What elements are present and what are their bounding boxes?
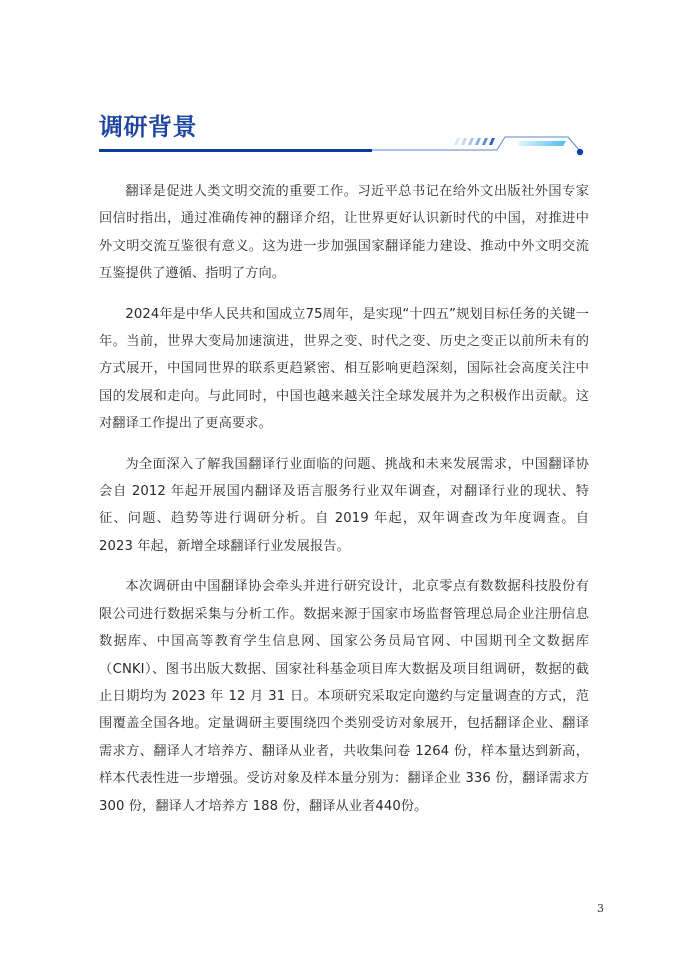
document-page: 调研背景 翻译是促进人类文明交流的重要工作。习近平总书记在给外文出版社外国专家回… xyxy=(0,0,680,964)
stripe-icon xyxy=(454,138,495,145)
title-underline-decoration xyxy=(0,0,680,200)
paragraph-3: 为全面深入了解我国翻译行业面临的问题、挑战和未来发展需求，中国翻译协会自 201… xyxy=(99,451,589,561)
end-dot-icon xyxy=(577,149,583,155)
body-text: 翻译是促进人类文明交流的重要工作。习近平总书记在给外文出版社外国专家回信时指出，… xyxy=(99,178,589,833)
thick-rule xyxy=(99,149,372,152)
paragraph-2: 2024年是中华人民共和国成立75周年，是实现“十四五”规划目标任务的关键一年。… xyxy=(99,301,589,438)
gradient-bar xyxy=(518,141,566,146)
page-number: 3 xyxy=(597,902,604,915)
paragraph-4: 本次调研由中国翻译协会牵头并进行研究设计，北京零点有数数据科技股份有限公司进行数… xyxy=(99,573,589,820)
paragraph-1: 翻译是促进人类文明交流的重要工作。习近平总书记在给外文出版社外国专家回信时指出，… xyxy=(99,178,589,288)
section-title: 调研背景 xyxy=(99,112,197,142)
thin-rule xyxy=(372,137,580,151)
